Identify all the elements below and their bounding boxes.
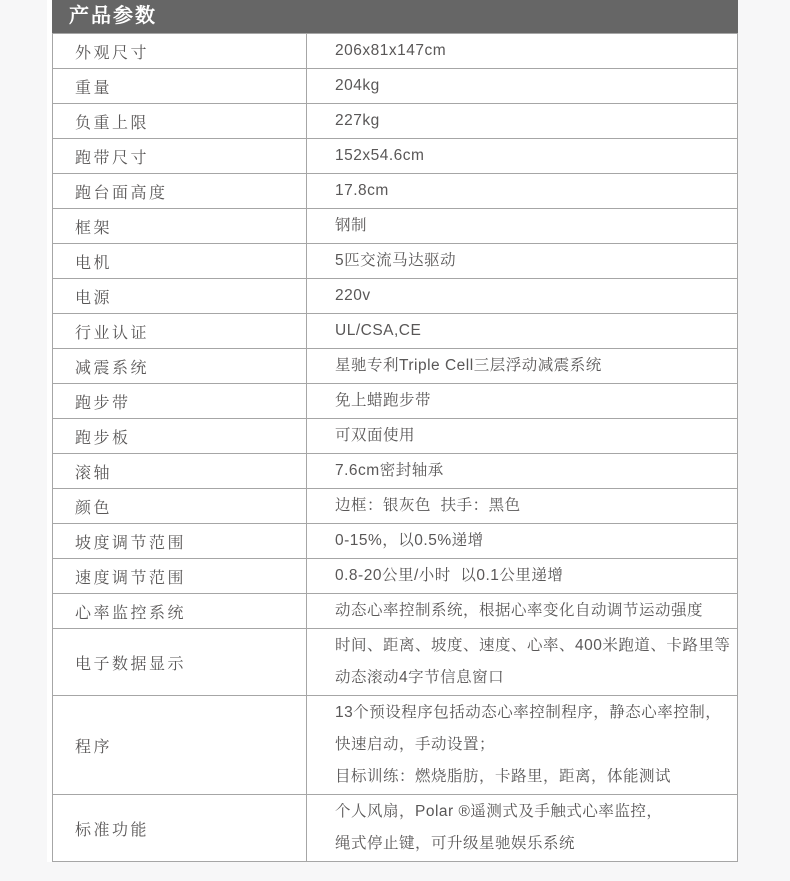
spec-label: 速度调节范围 — [53, 559, 307, 594]
spec-label: 程序 — [53, 696, 307, 795]
spec-table-body: 外观尺寸 206x81x147cm 重量 204kg 负重上限 227kg 跑带… — [53, 34, 738, 862]
spec-label: 重量 — [53, 69, 307, 104]
spec-label: 负重上限 — [53, 104, 307, 139]
spec-label: 坡度调节范围 — [53, 524, 307, 559]
spec-value: 0-15%，以0.5%递增 — [307, 524, 738, 559]
table-row: 颜色 边框：银灰色 扶手：黑色 — [53, 489, 738, 524]
table-row: 程序 13个预设程序包括动态心率控制程序，静态心率控制， 快速启动，手动设置； … — [53, 696, 738, 795]
spec-label: 框架 — [53, 209, 307, 244]
spec-label: 跑台面高度 — [53, 174, 307, 209]
spec-value: 时间、距离、坡度、速度、心率、400米跑道、卡路里等 动态滚动4字节信息窗口 — [307, 629, 738, 696]
table-row: 外观尺寸 206x81x147cm — [53, 34, 738, 69]
spec-value: 227kg — [307, 104, 738, 139]
table-row: 电机 5匹交流马达驱动 — [53, 244, 738, 279]
spec-label: 电子数据显示 — [53, 629, 307, 696]
table-row: 负重上限 227kg — [53, 104, 738, 139]
spec-label: 滚轴 — [53, 454, 307, 489]
table-row: 跑带尺寸 152x54.6cm — [53, 139, 738, 174]
spec-label: 颜色 — [53, 489, 307, 524]
spec-value: 星驰专利Triple Cell三层浮动减震系统 — [307, 349, 738, 384]
spec-value: 7.6cm密封轴承 — [307, 454, 738, 489]
spec-value: 17.8cm — [307, 174, 738, 209]
spec-label: 跑带尺寸 — [53, 139, 307, 174]
table-row: 跑台面高度 17.8cm — [53, 174, 738, 209]
spec-value: UL/CSA,CE — [307, 314, 738, 349]
spec-value: 204kg — [307, 69, 738, 104]
table-row: 滚轴 7.6cm密封轴承 — [53, 454, 738, 489]
spec-value: 可双面使用 — [307, 419, 738, 454]
spec-label: 跑步板 — [53, 419, 307, 454]
spec-value: 个人风扇，Polar ®遥测式及手触式心率监控， 绳式停止键，可升级星驰娱乐系统 — [307, 795, 738, 862]
table-row: 速度调节范围 0.8-20公里/小时 以0.1公里递增 — [53, 559, 738, 594]
page-title: 产品参数 — [52, 0, 738, 33]
table-row: 电子数据显示 时间、距离、坡度、速度、心率、400米跑道、卡路里等 动态滚动4字… — [53, 629, 738, 696]
table-row: 重量 204kg — [53, 69, 738, 104]
table-row: 框架 钢制 — [53, 209, 738, 244]
spec-label: 电机 — [53, 244, 307, 279]
table-row: 心率监控系统 动态心率控制系统，根据心率变化自动调节运动强度 — [53, 594, 738, 629]
spec-label: 行业认证 — [53, 314, 307, 349]
spec-panel: 产品参数 外观尺寸 206x81x147cm 重量 204kg 负重上限 227… — [47, 0, 738, 862]
spec-value: 免上蜡跑步带 — [307, 384, 738, 419]
spec-value: 钢制 — [307, 209, 738, 244]
spec-value: 5匹交流马达驱动 — [307, 244, 738, 279]
table-row: 跑步板 可双面使用 — [53, 419, 738, 454]
spec-label: 标准功能 — [53, 795, 307, 862]
spec-value: 220v — [307, 279, 738, 314]
spec-label: 电源 — [53, 279, 307, 314]
spec-value: 动态心率控制系统，根据心率变化自动调节运动强度 — [307, 594, 738, 629]
table-row: 电源 220v — [53, 279, 738, 314]
spec-value: 13个预设程序包括动态心率控制程序，静态心率控制， 快速启动，手动设置； 目标训… — [307, 696, 738, 795]
spec-value: 152x54.6cm — [307, 139, 738, 174]
spec-label: 减震系统 — [53, 349, 307, 384]
spec-value: 边框：银灰色 扶手：黑色 — [307, 489, 738, 524]
spec-value: 206x81x147cm — [307, 34, 738, 69]
spec-label: 心率监控系统 — [53, 594, 307, 629]
table-row: 标准功能 个人风扇，Polar ®遥测式及手触式心率监控， 绳式停止键，可升级星… — [53, 795, 738, 862]
spec-table: 外观尺寸 206x81x147cm 重量 204kg 负重上限 227kg 跑带… — [52, 33, 738, 862]
spec-label: 外观尺寸 — [53, 34, 307, 69]
table-row: 坡度调节范围 0-15%，以0.5%递增 — [53, 524, 738, 559]
table-row: 跑步带 免上蜡跑步带 — [53, 384, 738, 419]
table-row: 减震系统 星驰专利Triple Cell三层浮动减震系统 — [53, 349, 738, 384]
spec-label: 跑步带 — [53, 384, 307, 419]
table-row: 行业认证 UL/CSA,CE — [53, 314, 738, 349]
spec-value: 0.8-20公里/小时 以0.1公里递增 — [307, 559, 738, 594]
